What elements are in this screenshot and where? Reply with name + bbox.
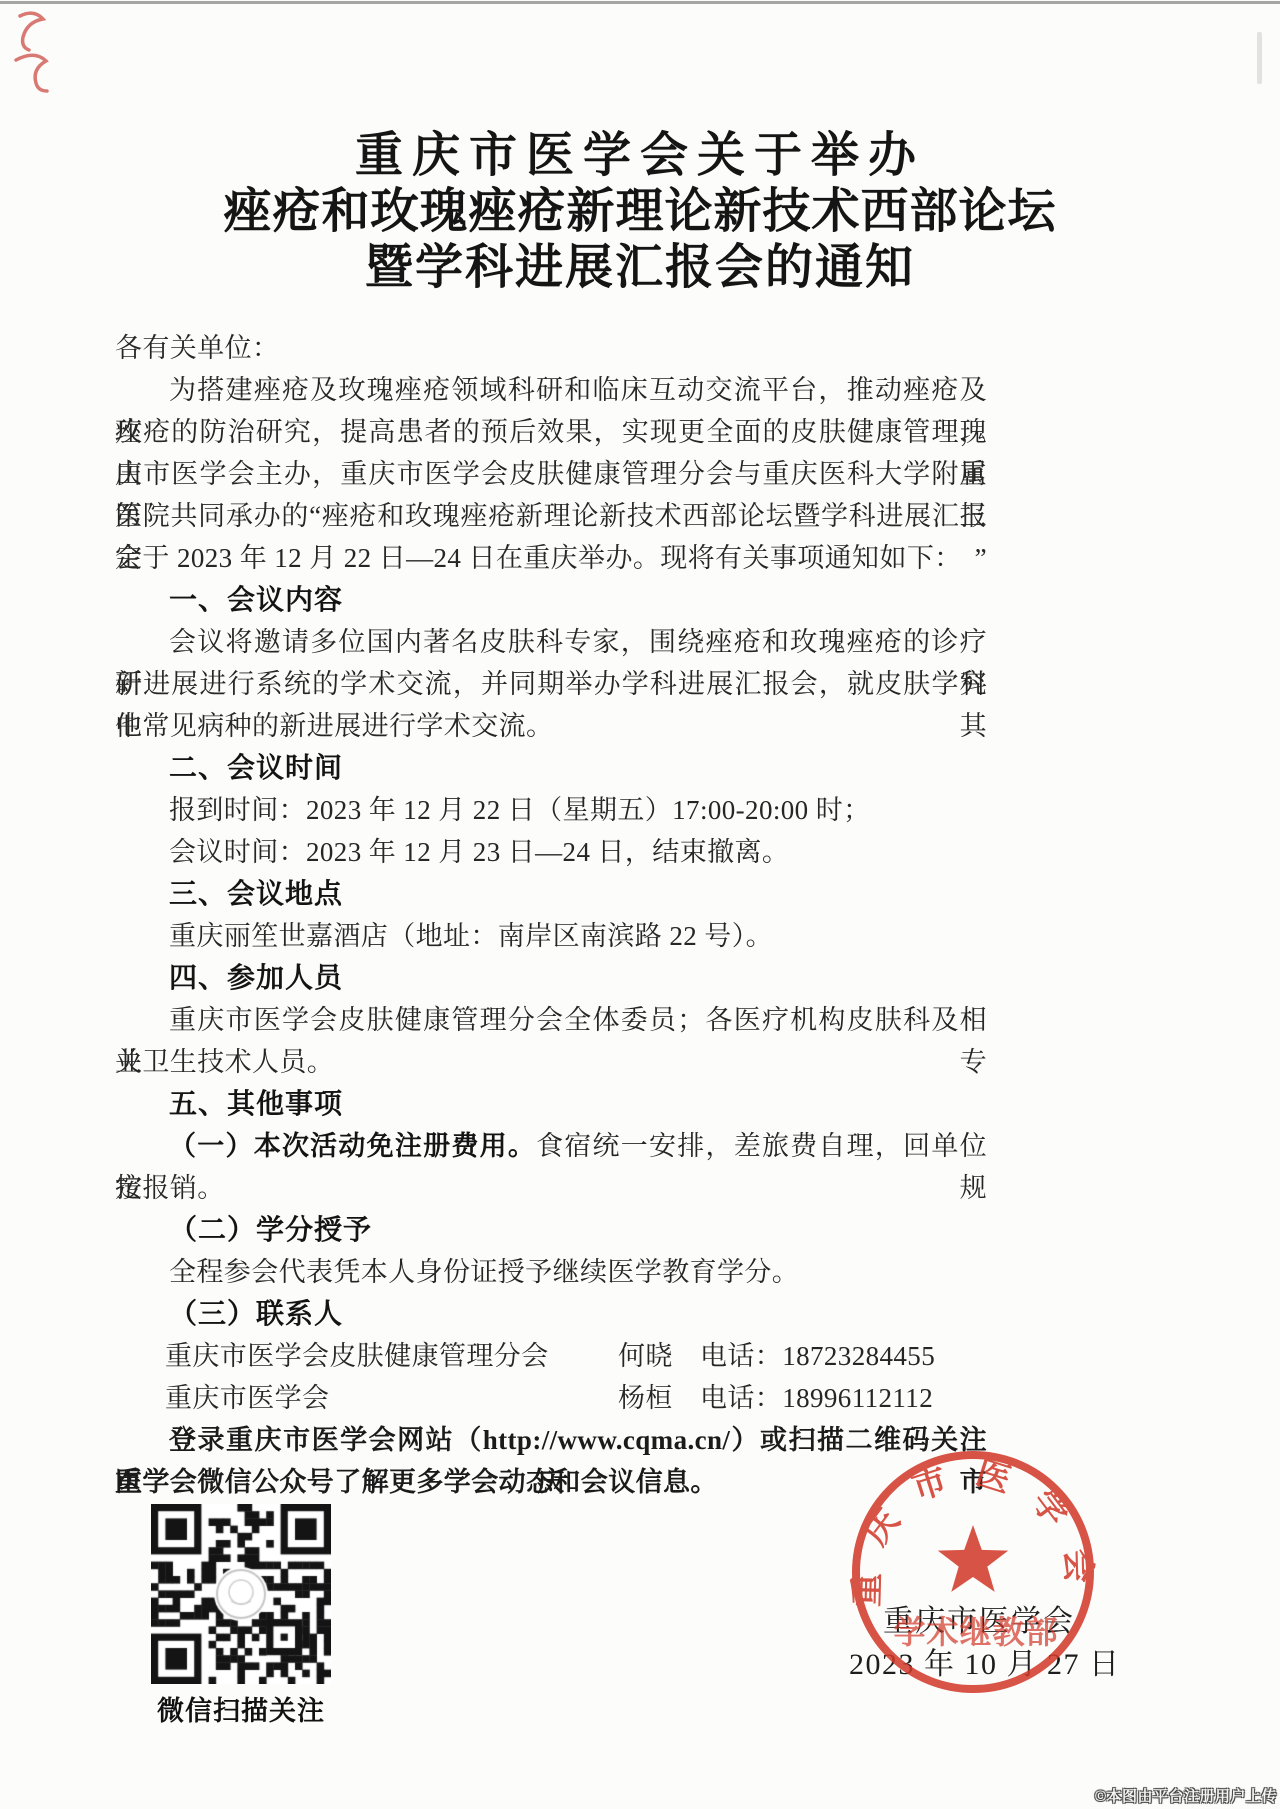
contact-row: 重庆市医学会杨桓电话：18996112112 (115, 1377, 987, 1419)
body-line: 四、参加人员 (115, 957, 987, 999)
line-text: 定于 2023 年 12 月 22 日—24 日在重庆举办。现将有关事项通知如下… (115, 543, 962, 573)
notice-title: 重庆市医学会关于举办 痤疮和玫瑰痤疮新理论新技术西部论坛 暨学科进展汇报会的通知 (0, 128, 1280, 296)
body-line: 重庆市医学会皮肤健康管理分会全体委员；各医疗机构皮肤科及相关专 (115, 999, 987, 1041)
document-page: 重庆市医学会关于举办 痤疮和玫瑰痤疮新理论新技术西部论坛 暨学科进展汇报会的通知… (0, 0, 1280, 1809)
official-seal: 重庆市医学会 学术继教部 (843, 1442, 1103, 1702)
body-line: 五、其他事项 (115, 1083, 987, 1125)
body-line: 二、会议时间 (115, 747, 987, 789)
line-text: （二）学分授予 (169, 1214, 372, 1245)
title-line-1: 重庆市医学会关于举办 (0, 128, 1280, 184)
body-line: （二）学分授予 (115, 1209, 987, 1251)
qr-code (151, 1504, 331, 1684)
seal-bottom-text: 学术继教部 (893, 1614, 1058, 1650)
body-line: 为搭建痤疮及玫瑰痤疮领域科研和临床互动交流平台，推动痤疮及玫瑰 (115, 369, 987, 411)
body-line: 三、会议地点 (115, 873, 987, 915)
line-text: 重庆丽笙世嘉酒店（地址：南岸区南滨路 22 号）。 (169, 921, 773, 951)
line-text: 医学会微信公众号了解更多学会动态和会议信息。 (115, 1467, 718, 1497)
contact-organization: 重庆市医学会皮肤健康管理分会 (165, 1335, 618, 1377)
qr-caption: 微信扫描关注 (151, 1689, 331, 1728)
scan-top-edge (0, 1, 1280, 4)
contact-phone: 电话：18723284455 (700, 1335, 935, 1377)
body-line: 一、会议内容 (115, 579, 987, 621)
body-line: 医院共同承办的“痤疮和玫瑰痤疮新理论新技术西部论坛暨学科进展汇报会” (115, 495, 987, 537)
body-line: 定于 2023 年 12 月 22 日—24 日在重庆举办。现将有关事项通知如下… (115, 537, 987, 579)
body-line: 报到时间：2023 年 12 月 22 日（星期五）17:00-20:00 时； (115, 789, 987, 831)
uploader-watermark: ©本图由平台注册用户上传 (1095, 1785, 1277, 1806)
line-text: 各有关单位： (115, 333, 279, 363)
line-text: 业卫生技术人员。 (115, 1047, 334, 1077)
wechat-qr-block: 微信扫描关注 (151, 1504, 331, 1728)
title-line-2: 痤疮和玫瑰痤疮新理论新技术西部论坛 (0, 184, 1280, 240)
body-line: 会议将邀请多位国内著名皮肤科专家，围绕痤疮和玫瑰痤疮的诊疗研究 (115, 621, 987, 663)
line-text: 五、其他事项 (169, 1088, 343, 1119)
contact-rows: 重庆市医学会皮肤健康管理分会何晓电话：18723284455 重庆市医学会杨桓电… (115, 1335, 987, 1419)
body-line: 全程参会代表凭本人身份证授予继续医学教育学分。 (115, 1251, 987, 1293)
body-line: 各有关单位： (115, 327, 987, 369)
contact-person: 何晓 (618, 1335, 700, 1377)
body-line: 会议时间：2023 年 12 月 23 日—24 日，结束撤离。 (115, 831, 987, 873)
line-text: （三）联系人 (169, 1298, 343, 1329)
red-pen-marks (6, 4, 68, 100)
contact-organization: 重庆市医学会 (165, 1377, 618, 1419)
line-text: 一、会议内容 (169, 584, 343, 615)
line-text: 全程参会代表凭本人身份证授予继续医学教育学分。 (169, 1257, 799, 1287)
body-line: 痤疮的防治研究，提高患者的预后效果，实现更全面的皮肤健康管理，由重 (115, 411, 987, 453)
line-text: 三、会议地点 (169, 878, 343, 909)
body-line: （三）联系人 (115, 1293, 987, 1335)
line-text: 二、会议时间 (169, 752, 343, 783)
title-line-3: 暨学科进展汇报会的通知 (0, 240, 1280, 296)
body-line: 庆市医学会主办，重庆市医学会皮肤健康管理分会与重庆医科大学附属第三 (115, 453, 987, 495)
scan-smudge (1257, 32, 1262, 84)
contact-row: 重庆市医学会皮肤健康管理分会何晓电话：18723284455 (115, 1335, 987, 1377)
line-text: 会议时间：2023 年 12 月 23 日—24 日，结束撤离。 (169, 837, 789, 867)
contact-phone: 电话：18996112112 (700, 1377, 933, 1419)
notice-body: 各有关单位：为搭建痤疮及玫瑰痤疮领域科研和临床互动交流平台，推动痤疮及玫瑰痤疮的… (115, 327, 987, 1503)
body-line: 重庆丽笙世嘉酒店（地址：南岸区南滨路 22 号）。 (115, 915, 987, 957)
contact-person: 杨桓 (618, 1377, 700, 1419)
body-line: 新进展进行系统的学术交流，并同期举办学科进展汇报会，就皮肤学科中其 (115, 663, 987, 705)
line-text: 定报销。 (115, 1173, 225, 1203)
line-text: 他常见病种的新进展进行学术交流。 (115, 711, 553, 741)
line-text: 四、参加人员 (169, 962, 343, 993)
body-line: （一）本次活动免注册费用。食宿统一安排，差旅费自理，回单位按规 (115, 1125, 987, 1167)
body-lines: 各有关单位：为搭建痤疮及玫瑰痤疮领域科研和临床互动交流平台，推动痤疮及玫瑰痤疮的… (115, 327, 987, 1335)
line-text: 报到时间：2023 年 12 月 22 日（星期五）17:00-20:00 时； (169, 795, 871, 825)
seal-star (938, 1525, 1008, 1592)
line-bold-lead: （一）本次活动免注册费用。 (169, 1131, 536, 1161)
